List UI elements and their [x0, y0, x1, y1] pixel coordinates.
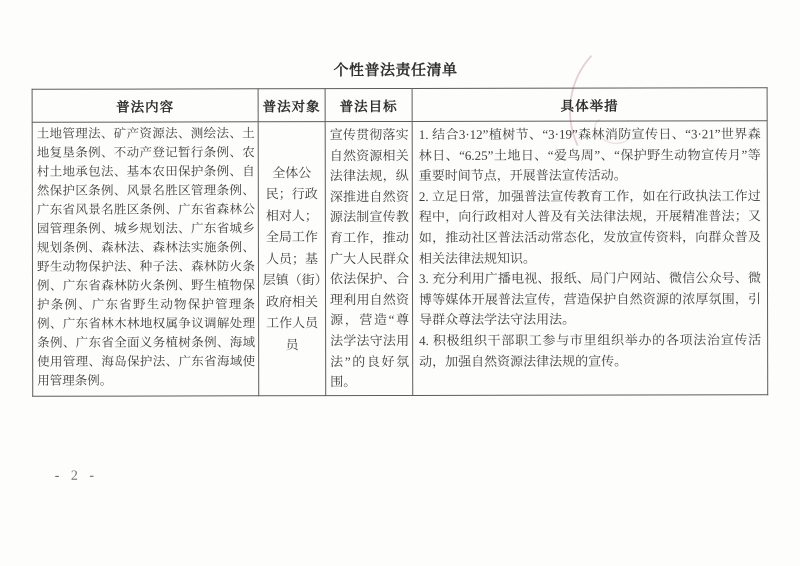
table-header-row: 普法内容 普法对象 普法目标 具体举措 — [32, 88, 767, 123]
cell-target-audience: 全体公民；行政相对人；全局工作人员；基层镇（街）政府相关工作人员员 — [258, 122, 326, 396]
measure-item-1: 1. 结合3·12”植树节、“3·19”森林消防宣传日、“3·21”世界森林日、… — [419, 124, 761, 186]
cell-measures: 1. 结合3·12”植树节、“3·19”森林消防宣传日、“3·21”世界森林日、… — [412, 121, 768, 395]
cell-law-content: 土地管理法、矿产资源法、测绘法、土地复垦条例、不动产登记暂行条例、农村土地承包法… — [32, 122, 259, 396]
header-pufa-target: 普法对象 — [258, 89, 325, 122]
responsibility-table: 普法内容 普法对象 普法目标 具体举措 土地管理法、矿产资源法、测绘法、土地复垦… — [32, 87, 769, 396]
header-measures: 具体举措 — [412, 88, 767, 122]
measure-item-2: 2. 立足日常，加强普法宣传教育工作，如在行政执法工作过程中，向行政相对人普及有… — [419, 186, 761, 269]
table-row: 土地管理法、矿产资源法、测绘法、土地复垦条例、不动产登记暂行条例、农村土地承包法… — [32, 121, 768, 396]
document-page: 个性普法责任清单 普法内容 普法对象 普法目标 具体举措 土地管理法、矿产资源法… — [0, 0, 800, 566]
measure-item-3: 3. 充分利用广播电视、报纸、局门户网站、微信公众号、微博等媒体开展普法宣传，营… — [419, 268, 761, 330]
page-number: - 2 - — [36, 469, 116, 485]
page-title: 个性普法责任清单 — [0, 58, 792, 81]
cell-goal: 宣传贯彻落实自然资源相关法律法规，纵深推进自然资源法制宣传教育工作，推动广大人民… — [325, 121, 413, 395]
measure-item-4: 4. 积极组织干部职工参与市里组织举办的各项法治宣传活动，加强自然资源法律法规的… — [419, 330, 761, 372]
header-pufa-goal: 普法目标 — [325, 88, 412, 121]
header-pufa-content: 普法内容 — [32, 89, 258, 122]
